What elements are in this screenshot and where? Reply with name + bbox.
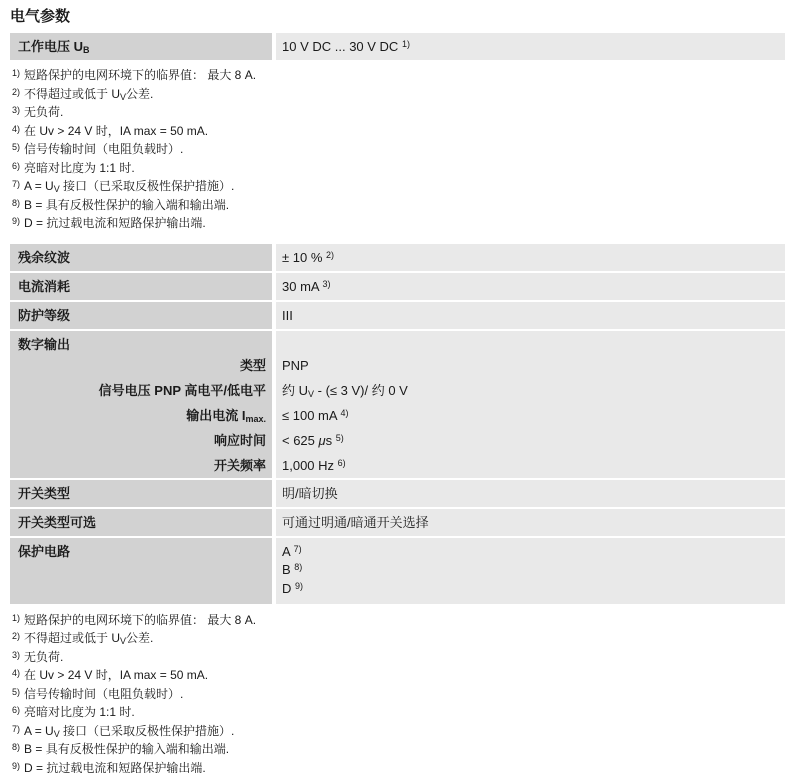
- footnote: 8)B = 具有反极性保护的输入端和输出端.: [12, 740, 790, 759]
- page-title: 电气参数: [10, 8, 790, 26]
- footnote: 7)A = UV 接口（已采取反极性保护措施）.: [12, 177, 790, 196]
- footnote-marker: 6): [12, 705, 20, 715]
- footnote-marker: 9): [12, 216, 20, 226]
- footnote-marker: 9): [12, 761, 20, 771]
- footnote-text: A = UV 接口（已采取反极性保护措施）.: [24, 179, 234, 193]
- footnote-marker: 6): [12, 161, 20, 171]
- footnote-marker: 8): [12, 742, 20, 752]
- footnote: 1)短路保护的电网环境下的临界值： 最大 8 A.: [12, 611, 790, 630]
- row-value: 30 mA 3): [276, 273, 785, 300]
- row-value: 10 V DC ... 30 V DC 1): [276, 33, 785, 60]
- footnote-marker: 3): [12, 650, 20, 660]
- footnote: 9)D = 抗过载电流和短路保护输出端.: [12, 214, 790, 233]
- footnote: 4)在 Uv > 24 V 时，IA max = 50 mA.: [12, 666, 790, 685]
- footnote: 1)短路保护的电网环境下的临界值： 最大 8 A.: [12, 66, 790, 85]
- row-value: 可通过明通/暗通开关选择: [276, 509, 785, 536]
- table-row: 开关类型可选可通过明通/暗通开关选择: [10, 509, 785, 536]
- footnotes-top: 1)短路保护的电网环境下的临界值： 最大 8 A.2)不得超过或低于 UV公差.…: [12, 66, 790, 233]
- table-row: 保护电路A 7)B 8)D 9): [10, 538, 785, 604]
- footnotes-bottom: 1)短路保护的电网环境下的临界值： 最大 8 A.2)不得超过或低于 UV公差.…: [12, 611, 790, 773]
- table-row: 防护等级III: [10, 302, 785, 329]
- footnote: 3)无负荷.: [12, 648, 790, 667]
- footnote-marker: 7): [12, 724, 20, 734]
- footnote-text: 短路保护的电网环境下的临界值： 最大 8 A.: [24, 613, 256, 627]
- footnote: 5)信号传输时间（电阻负载时）.: [12, 685, 790, 704]
- footnote-marker: 4): [12, 668, 20, 678]
- footnote: 9)D = 抗过载电流和短路保护输出端.: [12, 759, 790, 773]
- footnote-marker: 4): [12, 124, 20, 134]
- page: 电气参数 工作电压 UB10 V DC ... 30 V DC 1) 1)短路保…: [0, 8, 790, 773]
- row-value: ± 10 % 2): [276, 244, 785, 271]
- spec-table-top: 工作电压 UB10 V DC ... 30 V DC 1): [10, 33, 785, 60]
- footnote-text: B = 具有反极性保护的输入端和输出端.: [24, 742, 229, 756]
- row-value: [276, 331, 785, 353]
- footnote-marker: 5): [12, 142, 20, 152]
- footnote-marker: 1): [12, 68, 20, 78]
- row-label: 开关类型: [10, 480, 272, 507]
- row-label: 保护电路: [10, 538, 272, 604]
- row-value: 约 UV - (≤ 3 V)/ 约 0 V: [276, 378, 785, 403]
- row-value: III: [276, 302, 785, 329]
- footnote-marker: 2): [12, 631, 20, 641]
- row-label: 防护等级: [10, 302, 272, 329]
- footnote: 6)亮暗对比度为 1:1 时.: [12, 703, 790, 722]
- table-subrow: 信号电压 PNP 高电平/低电平约 UV - (≤ 3 V)/ 约 0 V: [10, 378, 785, 403]
- row-value: < 625 μs 5): [276, 428, 785, 453]
- row-value-line: B 8): [282, 561, 777, 580]
- footnote-marker: 7): [12, 179, 20, 189]
- footnote: 2)不得超过或低于 UV公差.: [12, 85, 790, 104]
- footnote: 7)A = UV 接口（已采取反极性保护措施）.: [12, 722, 790, 741]
- footnote-text: B = 具有反极性保护的输入端和输出端.: [24, 198, 229, 212]
- row-value: A 7)B 8)D 9): [276, 538, 785, 604]
- row-label: 开关类型可选: [10, 509, 272, 536]
- row-value: 1,000 Hz 6): [276, 453, 785, 478]
- footnote-marker: 8): [12, 198, 20, 208]
- row-label: 类型: [10, 353, 272, 378]
- table-subrow: 类型PNP: [10, 353, 785, 378]
- footnote-text: 不得超过或低于 UV公差.: [24, 631, 153, 645]
- row-value: ≤ 100 mA 4): [276, 403, 785, 428]
- footnote-text: 在 Uv > 24 V 时，IA max = 50 mA.: [24, 668, 208, 682]
- footnote: 8)B = 具有反极性保护的输入端和输出端.: [12, 196, 790, 215]
- table-subrow: 输出电流 Imax.≤ 100 mA 4): [10, 403, 785, 428]
- table-row: 电流消耗30 mA 3): [10, 273, 785, 300]
- table-group-header: 数字输出: [10, 331, 785, 353]
- table-row: 工作电压 UB10 V DC ... 30 V DC 1): [10, 33, 785, 60]
- row-value-line: A 7): [282, 543, 777, 562]
- table-row: 开关类型明/暗切换: [10, 480, 785, 507]
- footnote-marker: 1): [12, 613, 20, 623]
- footnote: 6)亮暗对比度为 1:1 时.: [12, 159, 790, 178]
- row-label: 电流消耗: [10, 273, 272, 300]
- row-label: 信号电压 PNP 高电平/低电平: [10, 378, 272, 403]
- row-label: 响应时间: [10, 428, 272, 453]
- row-label: 残余纹波: [10, 244, 272, 271]
- footnote-text: 无负荷.: [24, 650, 63, 664]
- row-label: 开关频率: [10, 453, 272, 478]
- row-value-line: D 9): [282, 580, 777, 599]
- footnote-text: 不得超过或低于 UV公差.: [24, 87, 153, 101]
- footnote: 4)在 Uv > 24 V 时，IA max = 50 mA.: [12, 122, 790, 141]
- table-subrow: 开关频率1,000 Hz 6): [10, 453, 785, 478]
- row-label: 输出电流 Imax.: [10, 403, 272, 428]
- footnote-text: 短路保护的电网环境下的临界值： 最大 8 A.: [24, 68, 256, 82]
- footnote-marker: 5): [12, 687, 20, 697]
- table-subrow: 响应时间< 625 μs 5): [10, 428, 785, 453]
- footnote-marker: 2): [12, 87, 20, 97]
- footnote: 2)不得超过或低于 UV公差.: [12, 629, 790, 648]
- footnote-text: D = 抗过载电流和短路保护输出端.: [24, 216, 206, 230]
- footnote-text: 信号传输时间（电阻负载时）.: [24, 687, 183, 701]
- footnote: 3)无负荷.: [12, 103, 790, 122]
- spec-table-main: 残余纹波± 10 % 2)电流消耗30 mA 3)防护等级III数字输出类型PN…: [10, 244, 785, 604]
- footnote-marker: 3): [12, 105, 20, 115]
- footnote-text: 亮暗对比度为 1:1 时.: [24, 705, 135, 719]
- footnote-text: 亮暗对比度为 1:1 时.: [24, 161, 135, 175]
- footnote-text: 信号传输时间（电阻负载时）.: [24, 142, 183, 156]
- row-label: 数字输出: [10, 331, 272, 353]
- row-value: 明/暗切换: [276, 480, 785, 507]
- footnote-text: 在 Uv > 24 V 时，IA max = 50 mA.: [24, 124, 208, 138]
- table-row: 残余纹波± 10 % 2): [10, 244, 785, 271]
- row-label: 工作电压 UB: [10, 33, 272, 60]
- row-value: PNP: [276, 353, 785, 378]
- footnote-text: A = UV 接口（已采取反极性保护措施）.: [24, 724, 234, 738]
- footnote-text: 无负荷.: [24, 105, 63, 119]
- footnote: 5)信号传输时间（电阻负载时）.: [12, 140, 790, 159]
- footnote-text: D = 抗过载电流和短路保护输出端.: [24, 761, 206, 773]
